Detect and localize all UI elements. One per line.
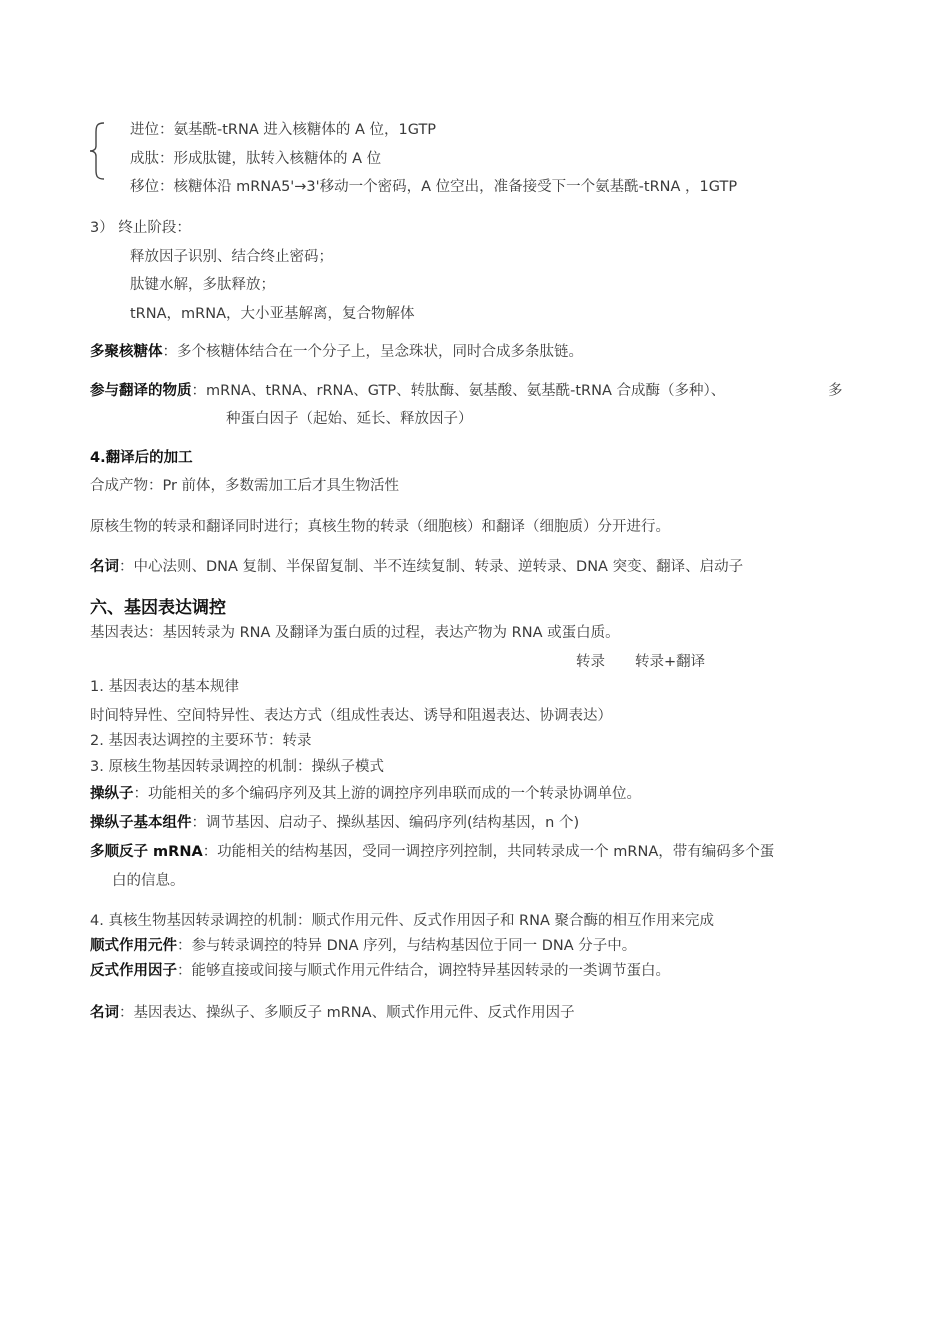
transcription-translation-comparison: 原核生物的转录和翻译同时进行；真核生物的转录（细胞核）和翻译（细胞质）分开进行。 <box>90 518 670 536</box>
terms-list: 名词：基因表达、操纵子、多顺反子 mRNA、顺式作用元件、反式作用因子 <box>90 1004 575 1022</box>
post-translation-product: 合成产物：Pr 前体，多数需加工后才具生物活性 <box>90 477 399 495</box>
term-label: 顺式作用元件 <box>90 938 177 954</box>
translation-materials-continuation: 种蛋白因子（起始、延长、释放因子） <box>226 410 473 428</box>
definition-text: ：调节基因、启动子、操纵基因、编码序列(结构基因，n 个) <box>192 815 580 831</box>
definition-text: ：功能相关的多个编码序列及其上游的调控序列串联而成的一个转录协调单位。 <box>134 786 642 802</box>
terms-text: ：基因表达、操纵子、多顺反子 mRNA、顺式作用元件、反式作用因子 <box>119 1005 575 1021</box>
point-1-heading: 1. 基因表达的基本规律 <box>90 678 239 696</box>
definition-text: ：能够直接或间接与顺式作用元件结合，调控特异基因转录的一类调节蛋白。 <box>177 963 670 979</box>
polycistronic-definition: 多顺反子 mRNA：功能相关的结构基因，受同一调控序列控制，共同转录成一个 mR… <box>90 843 774 861</box>
translation-materials-trailing: 多 <box>828 382 843 400</box>
term-label: 操纵子基本组件 <box>90 815 192 831</box>
point-2: 2. 基因表达调控的主要环节：转录 <box>90 732 311 750</box>
gene-expression-definition: 基因表达：基因转录为 RNA 及翻译为蛋白质的过程，表达产物为 RNA 或蛋白质… <box>90 624 620 642</box>
elongation-step-translocation: 移位：核糖体沿 mRNA5'→3'移动一个密码，A 位空出，准备接受下一个氨基酰… <box>130 178 737 196</box>
term-label: 多顺反子 mRNA <box>90 844 203 860</box>
operon-definition: 操纵子：功能相关的多个编码序列及其上游的调控序列串联而成的一个转录协调单位。 <box>90 785 641 803</box>
elongation-step-peptide: 成肽：形成肽键，肽转入核糖体的 A 位 <box>130 150 381 168</box>
term-label: 多聚核糖体 <box>90 344 163 360</box>
definition-text: ：多个核糖体结合在一个分子上，呈念珠状，同时合成多条肽链。 <box>163 344 584 360</box>
terms-list: 名词：中心法则、DNA 复制、半保留复制、半不连续复制、转录、逆转录、DNA 突… <box>90 558 743 576</box>
point-4: 4. 真核生物基因转录调控的机制：顺式作用元件、反式作用因子和 RNA 聚合酶的… <box>90 912 714 930</box>
termination-heading: 3） 终止阶段： <box>90 219 191 237</box>
term-label: 名词 <box>90 559 119 575</box>
curly-brace-icon <box>88 122 108 180</box>
translation-materials: 参与翻译的物质：mRNA、tRNA、rRNA、GTP、转肽酶、氨基酸、氨基酰-t… <box>90 382 725 400</box>
term-label: 名词 <box>90 1005 119 1021</box>
annotation-transcription: 转录 <box>576 653 605 671</box>
term-label: 反式作用因子 <box>90 963 177 979</box>
terms-text: ：中心法则、DNA 复制、半保留复制、半不连续复制、转录、逆转录、DNA 突变、… <box>119 559 743 575</box>
polysome-definition: 多聚核糖体：多个核糖体结合在一个分子上，呈念珠状，同时合成多条肽链。 <box>90 343 583 361</box>
definition-text: ：功能相关的结构基因，受同一调控序列控制，共同转录成一个 mRNA，带有编码多个… <box>203 844 775 860</box>
termination-item: 肽键水解，多肽释放； <box>130 276 275 294</box>
cis-element-definition: 顺式作用元件：参与转录调控的特异 DNA 序列，与结构基因位于同一 DNA 分子… <box>90 937 636 955</box>
point-1-text: 时间特异性、空间特异性、表达方式（组成性表达、诱导和阻遏表达、协调表达） <box>90 707 612 725</box>
post-translation-heading: 4.翻译后的加工 <box>90 449 193 467</box>
elongation-step-entry: 进位：氨基酰-tRNA 进入核糖体的 A 位，1GTP <box>130 121 436 139</box>
termination-item: tRNA，mRNA，大小亚基解离，复合物解体 <box>130 305 415 323</box>
term-label: 操纵子 <box>90 786 134 802</box>
definition-text: ：参与转录调控的特异 DNA 序列，与结构基因位于同一 DNA 分子中。 <box>177 938 636 954</box>
point-3: 3. 原核生物基因转录调控的机制：操纵子模式 <box>90 758 384 776</box>
termination-item: 释放因子识别、结合终止密码； <box>130 248 333 266</box>
polycistronic-continuation: 白的信息。 <box>112 872 185 890</box>
term-label: 参与翻译的物质 <box>90 383 192 399</box>
trans-factor-definition: 反式作用因子：能够直接或间接与顺式作用元件结合，调控特异基因转录的一类调节蛋白。 <box>90 962 670 980</box>
section-title: 六、基因表达调控 <box>90 599 226 617</box>
definition-text: ：mRNA、tRNA、rRNA、GTP、转肽酶、氨基酸、氨基酰-tRNA 合成酶… <box>192 383 726 399</box>
annotation-transcription-translation: 转录+翻译 <box>635 653 705 671</box>
operon-parts-definition: 操纵子基本组件：调节基因、启动子、操纵基因、编码序列(结构基因，n 个) <box>90 814 579 832</box>
